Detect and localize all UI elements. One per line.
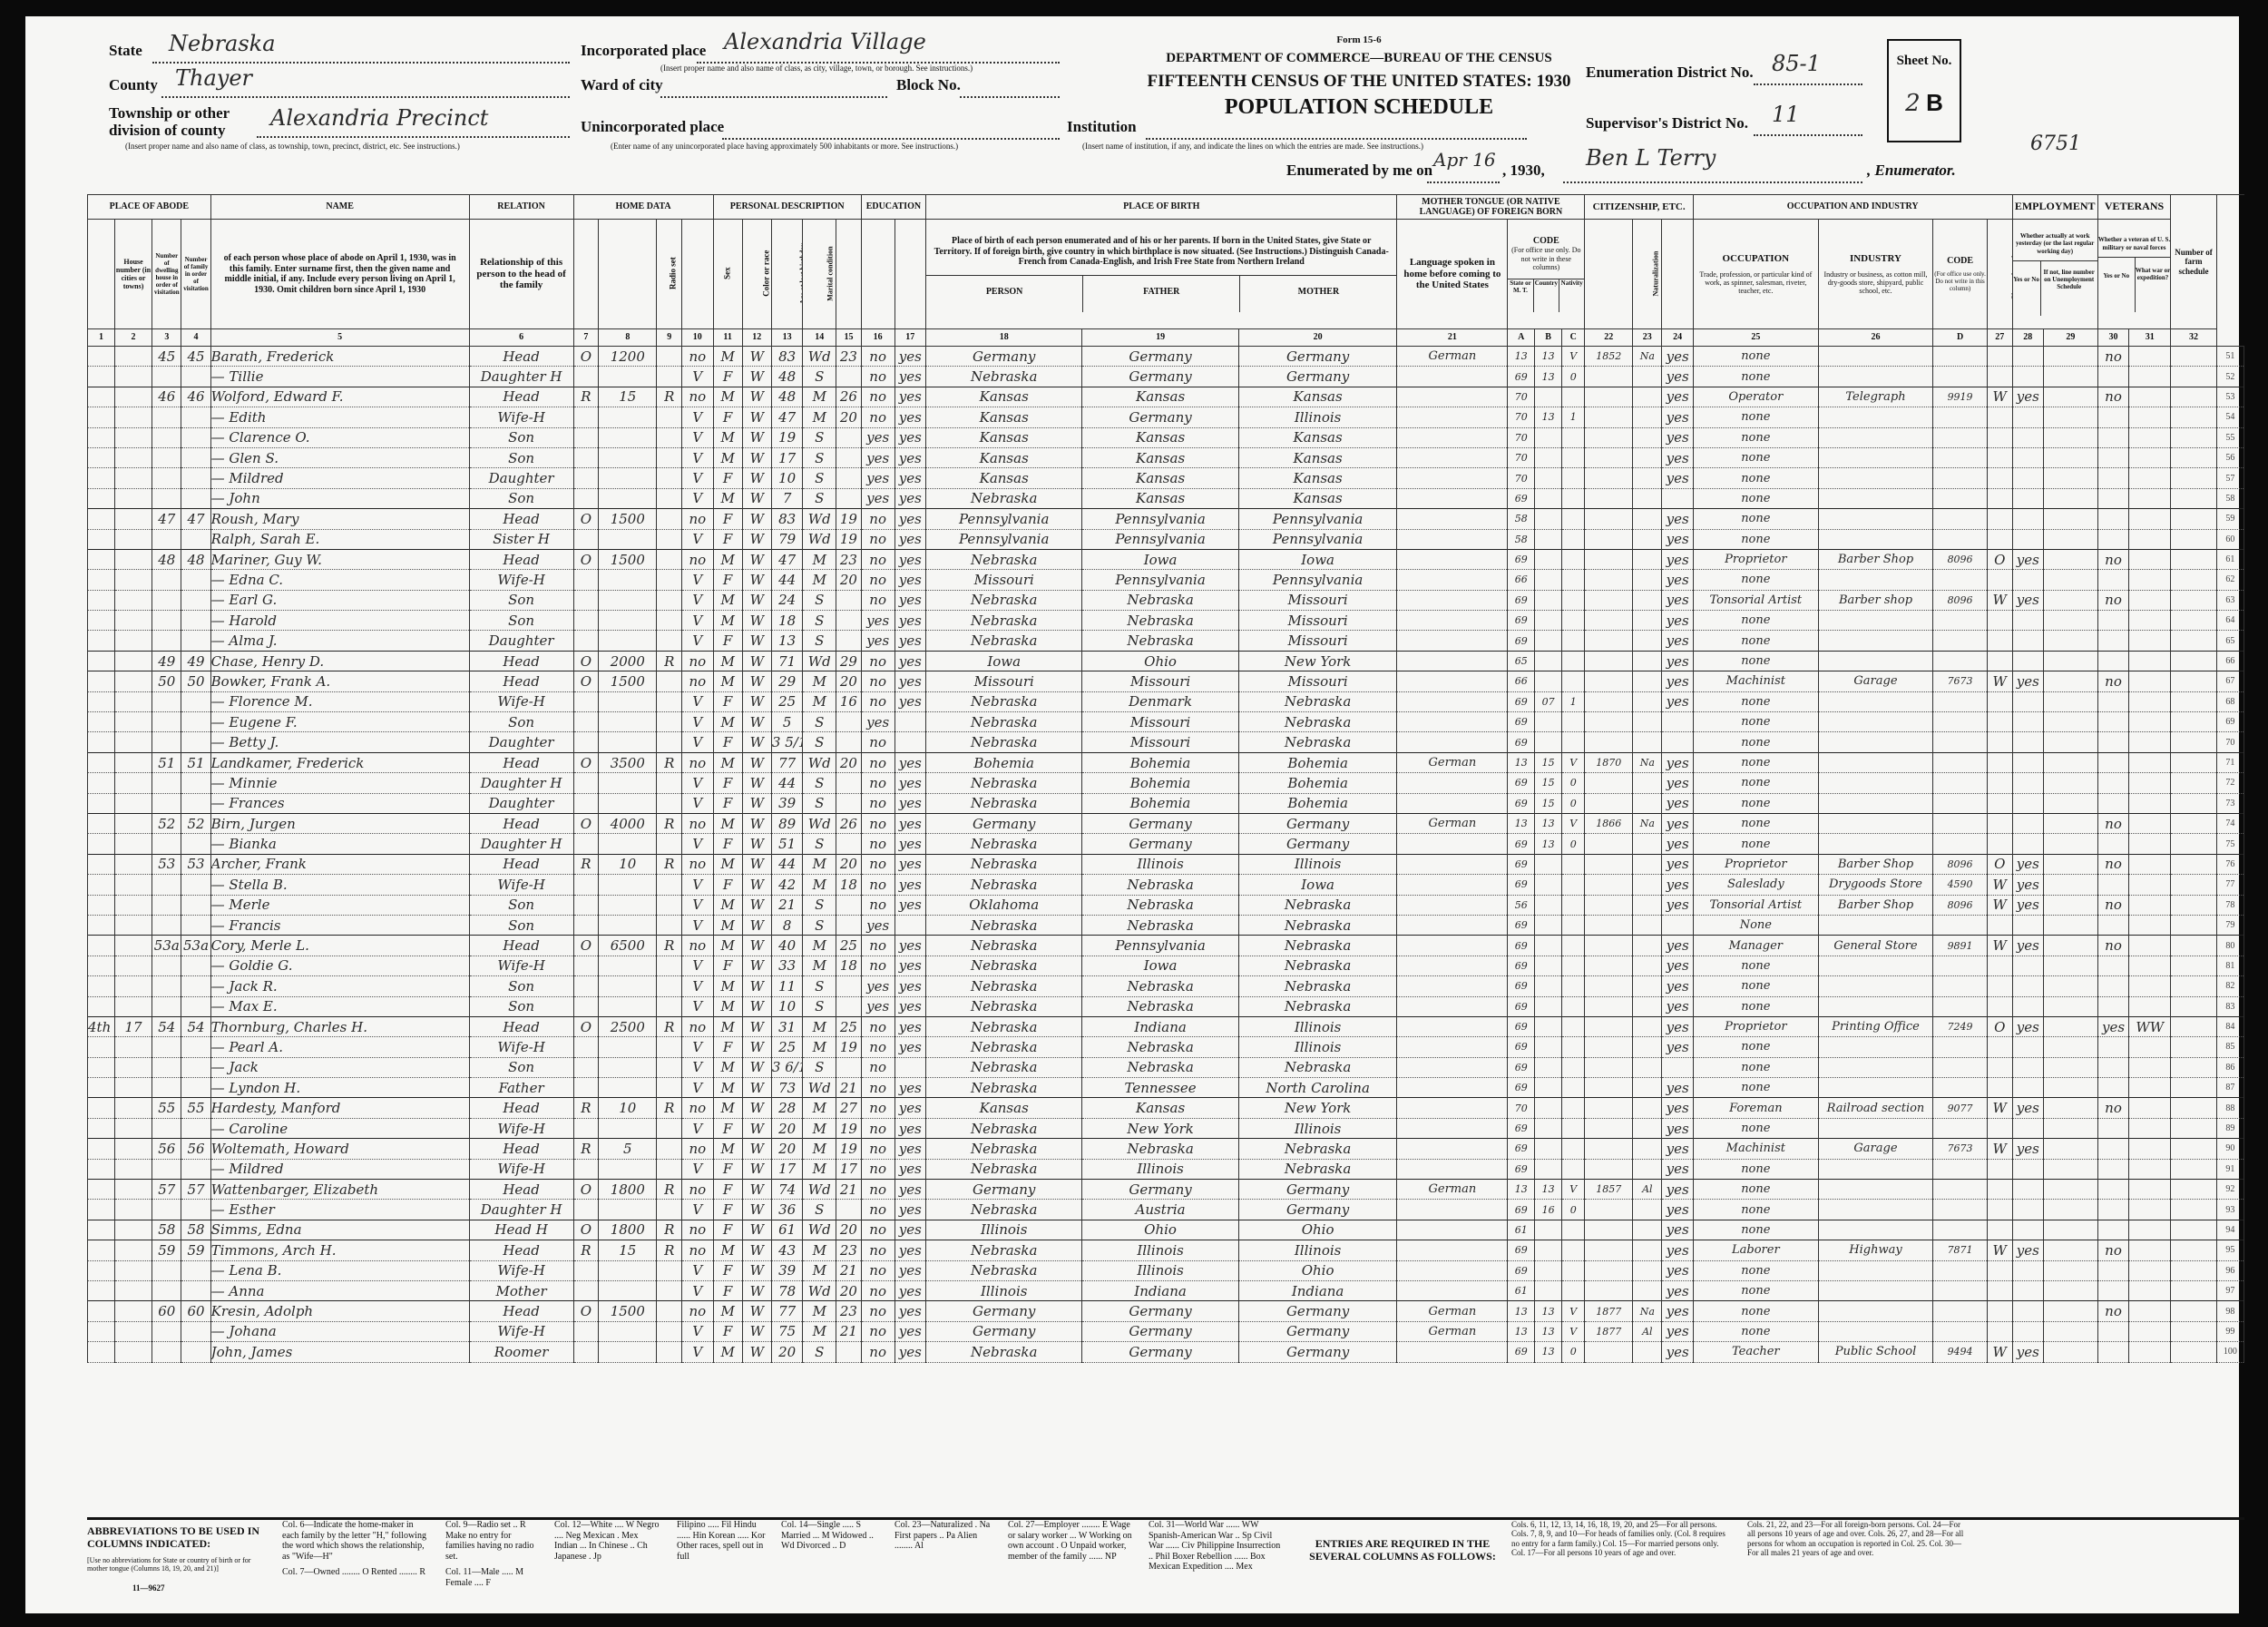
cell-war xyxy=(2129,813,2171,833)
cell-lang xyxy=(1397,691,1508,711)
cell-cC xyxy=(1562,570,1585,590)
cell-cC xyxy=(1562,1037,1585,1057)
cell-age-marr: 19 xyxy=(836,1037,862,1057)
cell-sex: M xyxy=(713,651,742,671)
cell-pob-m: Pennsylvania xyxy=(1238,570,1397,590)
cell-lang xyxy=(1397,367,1508,387)
census-row: — MinnieDaughter HVFW44SnoyesNebraskaBoh… xyxy=(88,773,2244,793)
entries-title: ENTRIES ARE REQUIRED IN THE SEVERAL COLU… xyxy=(1307,1538,1498,1563)
line-number: 96 xyxy=(2216,1260,2244,1280)
cell-relation: Son xyxy=(469,427,573,447)
cell-work: yes xyxy=(2012,1098,2043,1118)
cell-pob: Kansas xyxy=(926,447,1082,467)
cell-name: — Esther xyxy=(210,1200,469,1220)
abbrev-col12-a: Col. 12—White .... W Negro .... Neg Mexi… xyxy=(554,1520,663,1562)
cell-unemp xyxy=(2044,1078,2098,1098)
cell-english: yes xyxy=(1662,1342,1693,1362)
cell-age-marr xyxy=(836,1200,862,1220)
cell-pob-f: Nebraska xyxy=(1082,875,1238,895)
cell-house xyxy=(114,1098,152,1118)
cell-name: — Lyndon H. xyxy=(210,1078,469,1098)
cell-age-marr: 23 xyxy=(836,549,862,569)
cell-lang xyxy=(1397,447,1508,467)
cell-war xyxy=(2129,793,2171,813)
cell-pob-m: Germany xyxy=(1238,347,1397,367)
cell-house xyxy=(114,1321,152,1341)
cell-family xyxy=(181,773,210,793)
cell-nat xyxy=(1633,712,1662,732)
cell-radio xyxy=(657,773,682,793)
line-number: 98 xyxy=(2216,1301,2244,1321)
cell-work xyxy=(2012,447,2043,467)
cell-relation: Son xyxy=(469,1057,573,1077)
cell-cA: 58 xyxy=(1508,529,1535,549)
column-number: B xyxy=(1535,329,1562,347)
cell-name: — Harold xyxy=(210,611,469,631)
cell-war xyxy=(2129,570,2171,590)
cell-street xyxy=(88,875,115,895)
cell-radio: R xyxy=(657,1016,682,1036)
census-row: — HaroldSonVMW18SyesyesNebraskaNebraskaM… xyxy=(88,611,2244,631)
cell-occ: none xyxy=(1693,996,1818,1016)
cell-age: 13 xyxy=(771,631,802,651)
column-number: D xyxy=(1933,329,1988,347)
line-number: 72 xyxy=(2216,773,2244,793)
cell-school: no xyxy=(861,793,894,813)
column-number: 26 xyxy=(1818,329,1932,347)
cell-value xyxy=(599,1078,657,1098)
cell-relation: Daughter H xyxy=(469,1200,573,1220)
cell-farm-sched xyxy=(2171,691,2217,711)
cell-pob: Nebraska xyxy=(926,976,1082,996)
cell-value: 2000 xyxy=(599,651,657,671)
cell-nat xyxy=(1633,427,1662,447)
cell-street xyxy=(88,1139,115,1159)
cell-name: — Alma J. xyxy=(210,631,469,651)
cell-cC xyxy=(1562,631,1585,651)
cell-cls xyxy=(1987,813,2012,833)
cell-farm-sched xyxy=(2171,752,2217,772)
cell-street xyxy=(88,468,115,488)
cell-school: no xyxy=(861,387,894,407)
cell-immig: 1852 xyxy=(1585,347,1633,367)
cell-read: yes xyxy=(894,509,925,529)
cell-street xyxy=(88,1280,115,1300)
ward-label: Ward of city xyxy=(581,76,663,94)
line-number-gutter xyxy=(2216,195,2244,347)
cell-dwelling: 53a xyxy=(152,936,181,956)
cell-nat xyxy=(1633,1280,1662,1300)
cell-sex: F xyxy=(713,631,742,651)
cell-cA: 13 xyxy=(1508,813,1535,833)
cell-pob-m: Kansas xyxy=(1238,468,1397,488)
cell-pob-m: Kansas xyxy=(1238,427,1397,447)
cell-war xyxy=(2129,1139,2171,1159)
cell-english: yes xyxy=(1662,347,1693,367)
group-occupation-industry: OCCUPATION AND INDUSTRY xyxy=(1693,195,2012,220)
cell-ind: Garage xyxy=(1818,671,1932,691)
cell-nat xyxy=(1633,956,1662,975)
col-class-of-worker: Class of worker xyxy=(1987,220,2012,329)
incorporated-value: Alexandria Village xyxy=(724,29,926,54)
cell-dwelling xyxy=(152,793,181,813)
cell-sex: M xyxy=(713,347,742,367)
cell-dwelling: 56 xyxy=(152,1139,181,1159)
cell-farm-sched xyxy=(2171,1016,2217,1036)
cell-cC xyxy=(1562,651,1585,671)
cell-cB xyxy=(1535,387,1562,407)
abbrev-col11: Col. 11—Male ..... M Female .... F xyxy=(445,1567,541,1588)
cell-age: 20 xyxy=(771,1118,802,1138)
line-number: 69 xyxy=(2216,712,2244,732)
census-row: — EdithWife-HVFW47M20noyesKansasGermanyI… xyxy=(88,407,2244,427)
cell-house xyxy=(114,367,152,387)
cell-cls xyxy=(1987,1220,2012,1240)
cell-pob-m: North Carolina xyxy=(1238,1078,1397,1098)
cell-nat xyxy=(1633,1057,1662,1077)
cell-race: W xyxy=(742,875,771,895)
cell-age-marr: 29 xyxy=(836,651,862,671)
enumeration-district-value: 85-1 xyxy=(1772,51,1821,76)
cell-name: Simms, Edna xyxy=(210,1220,469,1240)
cell-age: 29 xyxy=(771,671,802,691)
cell-war xyxy=(2129,549,2171,569)
line-number: 97 xyxy=(2216,1280,2244,1300)
cell-cC xyxy=(1562,427,1585,447)
cell-cB xyxy=(1535,895,1562,915)
cell-family xyxy=(181,1342,210,1362)
cell-relation: Daughter xyxy=(469,631,573,651)
cell-read: yes xyxy=(894,1180,925,1200)
cell-marital: Wd xyxy=(803,347,836,367)
cell-cB xyxy=(1535,427,1562,447)
cell-lang xyxy=(1397,1260,1508,1280)
cell-farm: V xyxy=(682,996,713,1016)
cell-work xyxy=(2012,752,2043,772)
sheet-side: B xyxy=(1926,89,1943,116)
cell-work xyxy=(2012,793,2043,813)
cell-vet xyxy=(2097,1118,2128,1138)
cell-english: yes xyxy=(1662,1200,1693,1220)
cell-value xyxy=(599,407,657,427)
col-code-a: State or M. T. xyxy=(1508,279,1533,312)
cell-work: yes xyxy=(2012,936,2043,956)
cell-ind: Barber Shop xyxy=(1818,549,1932,569)
cell-dwelling: 45 xyxy=(152,347,181,367)
cell-dwelling: 49 xyxy=(152,651,181,671)
cell-family: 56 xyxy=(181,1139,210,1159)
cell-relation: Wife-H xyxy=(469,407,573,427)
cell-pob-f: Denmark xyxy=(1082,691,1238,711)
cell-codeD: 8096 xyxy=(1933,854,1988,874)
cell-english: yes xyxy=(1662,367,1693,387)
cell-read: yes xyxy=(894,1139,925,1159)
cell-age: 75 xyxy=(771,1321,802,1341)
column-number: 9 xyxy=(657,329,682,347)
cell-relation: Wife-H xyxy=(469,956,573,975)
cell-cB: 13 xyxy=(1535,1301,1562,1321)
cell-vet xyxy=(2097,509,2128,529)
cell-house xyxy=(114,895,152,915)
cell-work: yes xyxy=(2012,671,2043,691)
cell-pob: Kansas xyxy=(926,1098,1082,1118)
cell-street xyxy=(88,813,115,833)
cell-sex: M xyxy=(713,1240,742,1260)
cell-sex: F xyxy=(713,1280,742,1300)
cell-pob-f: Germany xyxy=(1082,367,1238,387)
cell-read: yes xyxy=(894,1301,925,1321)
cell-nat xyxy=(1633,447,1662,467)
cell-cls xyxy=(1987,509,2012,529)
cell-dwelling: 46 xyxy=(152,387,181,407)
cell-war xyxy=(2129,611,2171,631)
col-farm: Does this family live on a farm? xyxy=(682,220,713,329)
cell-dwelling xyxy=(152,956,181,975)
cell-pob-f: Nebraska xyxy=(1082,1139,1238,1159)
cell-sex: M xyxy=(713,447,742,467)
cell-cC xyxy=(1562,1280,1585,1300)
cell-name: John, James xyxy=(210,1342,469,1362)
cell-race: W xyxy=(742,488,771,508)
cell-marital: Wd xyxy=(803,1078,836,1098)
cell-owned: O xyxy=(573,549,599,569)
cell-codeD xyxy=(1933,427,1988,447)
cell-pob-m: Germany xyxy=(1238,1321,1397,1341)
col-unemployment-line: If not, line number on Unemployment Sche… xyxy=(2041,261,2097,316)
cell-value xyxy=(599,367,657,387)
cell-family xyxy=(181,1200,210,1220)
cell-sex: F xyxy=(713,570,742,590)
cell-sex: F xyxy=(713,1260,742,1280)
cell-immig: 1877 xyxy=(1585,1321,1633,1341)
cell-age: 25 xyxy=(771,691,802,711)
cell-race: W xyxy=(742,1240,771,1260)
cell-unemp xyxy=(2044,468,2098,488)
cell-lang xyxy=(1397,1280,1508,1300)
cell-ind xyxy=(1818,834,1932,854)
cell-name: Archer, Frank xyxy=(210,854,469,874)
cell-unemp xyxy=(2044,407,2098,427)
cell-dwelling xyxy=(152,915,181,935)
cell-dwelling xyxy=(152,773,181,793)
cell-immig xyxy=(1585,387,1633,407)
cell-race: W xyxy=(742,1260,771,1280)
cell-occ: none xyxy=(1693,712,1818,732)
census-row: 4848Mariner, Guy W.HeadO1500noMW47M23noy… xyxy=(88,549,2244,569)
cell-sex: M xyxy=(713,387,742,407)
cell-lang xyxy=(1397,488,1508,508)
cell-name: — Caroline xyxy=(210,1118,469,1138)
cell-read xyxy=(894,712,925,732)
cell-pob: Nebraska xyxy=(926,1139,1082,1159)
cell-dwelling xyxy=(152,407,181,427)
cell-work xyxy=(2012,509,2043,529)
cell-school: no xyxy=(861,1220,894,1240)
cell-unemp xyxy=(2044,427,2098,447)
cell-codeD xyxy=(1933,1037,1988,1057)
cell-age-marr xyxy=(836,488,862,508)
cell-farm-sched xyxy=(2171,1260,2217,1280)
group-name: NAME xyxy=(210,195,469,220)
cell-vet: no xyxy=(2097,590,2128,610)
cell-pob-m: Iowa xyxy=(1238,875,1397,895)
cell-cC xyxy=(1562,936,1585,956)
cell-english: yes xyxy=(1662,1301,1693,1321)
cell-war xyxy=(2129,956,2171,975)
cell-age: 10 xyxy=(771,996,802,1016)
cell-radio xyxy=(657,875,682,895)
cell-war xyxy=(2129,447,2171,467)
cell-family: 50 xyxy=(181,671,210,691)
cell-age-marr: 19 xyxy=(836,509,862,529)
cell-farm-sched xyxy=(2171,549,2217,569)
cell-dwelling xyxy=(152,834,181,854)
cell-house xyxy=(114,936,152,956)
cell-work xyxy=(2012,712,2043,732)
cell-value xyxy=(599,1118,657,1138)
cell-marital: M xyxy=(803,1321,836,1341)
census-row: 4747Roush, MaryHeadO1500noFW83Wd19noyesP… xyxy=(88,509,2244,529)
enumerated-date: Apr 16 xyxy=(1433,149,1496,171)
line-number: 91 xyxy=(2216,1159,2244,1179)
cell-street xyxy=(88,732,115,752)
cell-work xyxy=(2012,651,2043,671)
cell-nat: Na xyxy=(1633,1301,1662,1321)
cell-cB: 13 xyxy=(1535,834,1562,854)
cell-radio xyxy=(657,611,682,631)
cell-occ: Proprietor xyxy=(1693,549,1818,569)
cell-name: — Lena B. xyxy=(210,1260,469,1280)
cell-owned: O xyxy=(573,813,599,833)
line-number: 56 xyxy=(2216,447,2244,467)
cell-family xyxy=(181,367,210,387)
cell-lang xyxy=(1397,651,1508,671)
cell-dwelling xyxy=(152,529,181,549)
cell-cA: 69 xyxy=(1508,1240,1535,1260)
cell-ind: Barber Shop xyxy=(1818,854,1932,874)
cell-owned: O xyxy=(573,1180,599,1200)
cell-radio xyxy=(657,834,682,854)
cell-lang xyxy=(1397,1098,1508,1118)
cell-ind xyxy=(1818,611,1932,631)
cell-family xyxy=(181,1057,210,1077)
cell-cB: 13 xyxy=(1535,347,1562,367)
cell-english: yes xyxy=(1662,1321,1693,1341)
cell-unemp xyxy=(2044,1220,2098,1240)
cell-school: no xyxy=(861,875,894,895)
cell-cls xyxy=(1987,427,2012,447)
cell-family xyxy=(181,447,210,467)
cell-vet: yes xyxy=(2097,1016,2128,1036)
cell-english: yes xyxy=(1662,651,1693,671)
cell-pob-m: Pennsylvania xyxy=(1238,509,1397,529)
cell-street xyxy=(88,895,115,915)
cell-cA: 69 xyxy=(1508,549,1535,569)
cell-read: yes xyxy=(894,570,925,590)
cell-cC xyxy=(1562,611,1585,631)
cell-school: no xyxy=(861,549,894,569)
cell-pob-f: Nebraska xyxy=(1082,1057,1238,1077)
cell-nat xyxy=(1633,611,1662,631)
cell-race: W xyxy=(742,793,771,813)
cell-school: yes xyxy=(861,996,894,1016)
cell-age-marr: 26 xyxy=(836,813,862,833)
cell-lang xyxy=(1397,529,1508,549)
cell-street xyxy=(88,509,115,529)
cell-house xyxy=(114,752,152,772)
cell-nat: Na xyxy=(1633,813,1662,833)
cell-cls xyxy=(1987,407,2012,427)
cell-nat xyxy=(1633,671,1662,691)
form-number: Form 15-6 xyxy=(1105,34,1613,45)
cell-marital: S xyxy=(803,1342,836,1362)
cell-relation: Wife-H xyxy=(469,1159,573,1179)
column-number: 8 xyxy=(599,329,657,347)
cell-unemp xyxy=(2044,488,2098,508)
occupation-note: Trade, profession, or particular kind of… xyxy=(1694,270,1818,296)
cell-vet xyxy=(2097,631,2128,651)
cell-race: W xyxy=(742,427,771,447)
cell-name: Barath, Frederick xyxy=(210,347,469,367)
cell-pob-f: Bohemia xyxy=(1082,752,1238,772)
cell-school: yes xyxy=(861,712,894,732)
cell-read: yes xyxy=(894,1260,925,1280)
cell-cB xyxy=(1535,1016,1562,1036)
cell-occ: none xyxy=(1693,347,1818,367)
cell-immig xyxy=(1585,996,1633,1016)
cell-ind xyxy=(1818,752,1932,772)
cell-value xyxy=(599,712,657,732)
cell-vet xyxy=(2097,834,2128,854)
column-number: 27 xyxy=(1987,329,2012,347)
industry-title: INDUSTRY xyxy=(1819,253,1932,265)
col-code-c: Nativity xyxy=(1559,279,1584,312)
cell-cC: V xyxy=(1562,1301,1585,1321)
cell-radio xyxy=(657,427,682,447)
cell-pob-m: Iowa xyxy=(1238,549,1397,569)
cell-unemp xyxy=(2044,956,2098,975)
cell-nat xyxy=(1633,834,1662,854)
cell-nat xyxy=(1633,1016,1662,1036)
cell-pob-m: Bohemia xyxy=(1238,793,1397,813)
cell-street xyxy=(88,1220,115,1240)
cell-read: yes xyxy=(894,549,925,569)
census-row: 5555Hardesty, ManfordHeadR10RnoMW28M27no… xyxy=(88,1098,2244,1118)
cell-cB xyxy=(1535,590,1562,610)
cell-read: yes xyxy=(894,1098,925,1118)
cell-street xyxy=(88,387,115,407)
cell-pob: Nebraska xyxy=(926,590,1082,610)
cell-relation: Head xyxy=(469,1139,573,1159)
cell-value xyxy=(599,611,657,631)
cell-street xyxy=(88,834,115,854)
line-number: 71 xyxy=(2216,752,2244,772)
cell-house xyxy=(114,671,152,691)
cell-english: yes xyxy=(1662,427,1693,447)
cell-codeD xyxy=(1933,631,1988,651)
cell-age-marr: 23 xyxy=(836,1301,862,1321)
block-field xyxy=(960,74,1060,98)
cell-war xyxy=(2129,732,2171,752)
cell-pob-m: Missouri xyxy=(1238,671,1397,691)
cell-marital: M xyxy=(803,936,836,956)
cell-occ: Operator xyxy=(1693,387,1818,407)
census-row: 5353Archer, FrankHeadR10RnoMW44M20noyesN… xyxy=(88,854,2244,874)
cell-owned xyxy=(573,468,599,488)
cell-race: W xyxy=(742,1118,771,1138)
cell-owned xyxy=(573,915,599,935)
cell-marital: S xyxy=(803,447,836,467)
